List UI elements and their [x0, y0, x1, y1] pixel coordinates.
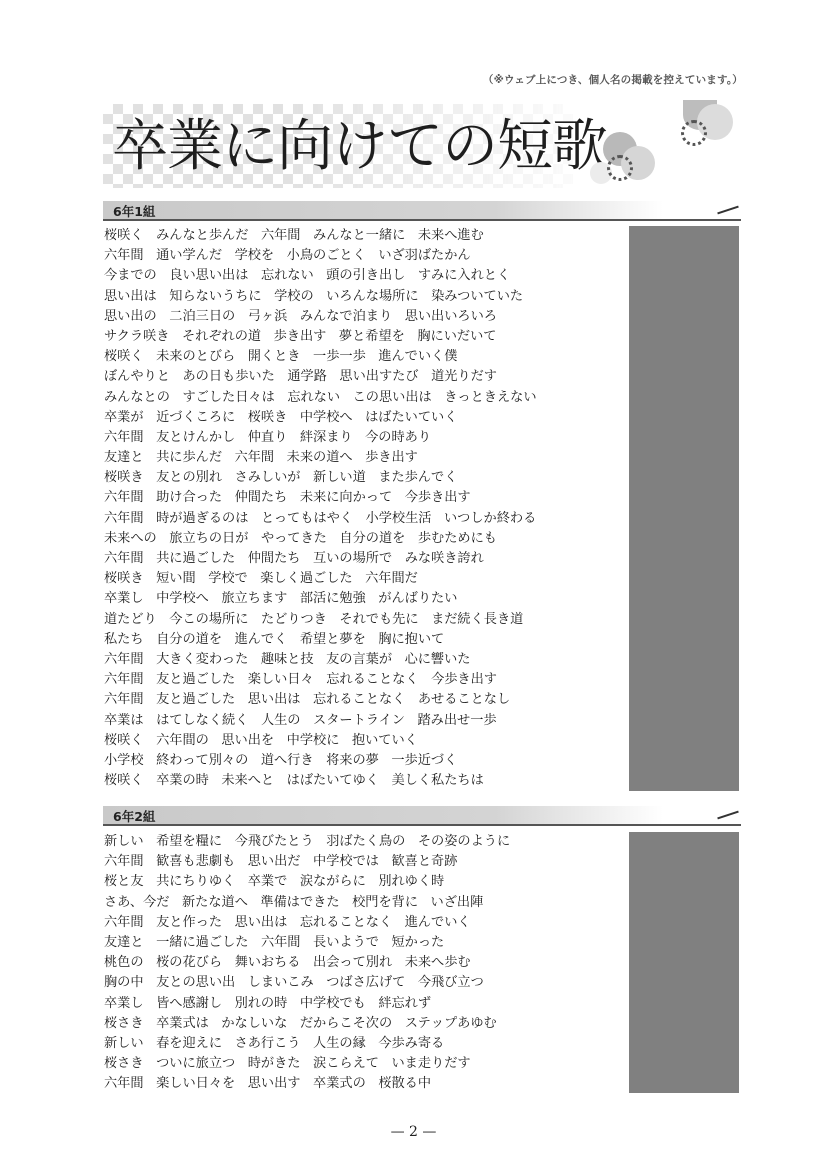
- tanka-phrase: 卒業式は: [156, 1016, 209, 1031]
- tanka-line: 六年間共に過ごした仲間たち互いの場所でみな咲き誇れ: [104, 549, 537, 569]
- tanka-phrase: 小学校: [104, 753, 144, 768]
- tanka-phrase: 友の言葉が: [326, 652, 392, 667]
- tanka-phrase: 六年間: [235, 450, 275, 465]
- tanka-phrase: 互いの場所で: [313, 551, 392, 566]
- tanka-phrase: いざ出陣: [431, 895, 484, 910]
- tanka-phrase: 今の時あり: [365, 430, 431, 445]
- tanka-phrase: 自分の道を: [156, 632, 222, 647]
- tanka-line: 卒業が近づくころに桜咲き中学校へはばたいていく: [104, 408, 537, 428]
- tanka-phrase: 友達と: [104, 450, 144, 465]
- tanka-phrase: 友達と: [104, 935, 144, 950]
- tanka-phrase: 今歩み寄る: [378, 1036, 444, 1051]
- tanka-phrase: 短い間: [156, 571, 196, 586]
- tanka-phrase: いざ羽ばたかん: [378, 248, 470, 263]
- tanka-phrase: 六年間: [104, 672, 144, 687]
- tanka-phrase: 涙こらえて: [313, 1056, 379, 1071]
- tanka-phrase: 短かった: [392, 935, 445, 950]
- tanka-phrase: 六年間: [104, 248, 144, 263]
- tanka-phrase: 忘れない: [261, 268, 314, 283]
- tanka-phrase: 未来に向かって: [300, 490, 392, 505]
- tanka-phrase: 思い出いろいろ: [405, 309, 497, 324]
- tanka-phrase: 抱いていく: [352, 733, 418, 748]
- tanka-phrase: 私たち: [104, 632, 144, 647]
- tanka-phrase: 桜咲く: [104, 228, 144, 243]
- tanka-phrase: 部活に勉強: [300, 591, 366, 606]
- tanka-line: 私たち自分の道を進んでく希望と夢を胸に抱いて: [104, 630, 537, 650]
- tanka-phrase: さあ行こう: [235, 1036, 301, 1051]
- tanka-phrase: さみしいが: [235, 470, 301, 485]
- class-2-poem-list: 新しい希望を糧に今飛びたとう羽ばたく鳥のその姿のように六年間歓喜も悲劇も思い出だ…: [104, 832, 510, 1094]
- tanka-phrase: 別れゆく時: [378, 874, 444, 889]
- tanka-phrase: 友との思い出: [156, 975, 235, 990]
- class-2-header: 6年2組: [103, 806, 741, 826]
- tanka-phrase: 学校を: [235, 248, 275, 263]
- tanka-phrase: 思い出は: [235, 915, 288, 930]
- tanka-phrase: 忘れない: [287, 390, 340, 405]
- tanka-phrase: 友との別れ: [156, 470, 222, 485]
- tanka-phrase: 桜咲き: [248, 410, 288, 425]
- tanka-phrase: 学校の: [274, 289, 314, 304]
- class-1-label: 6年1組: [113, 202, 155, 220]
- tanka-phrase: 思い出は: [248, 692, 301, 707]
- redacted-names-box: [629, 226, 739, 791]
- tanka-phrase: 卒業し: [104, 591, 144, 606]
- tanka-phrase: スタートライン: [313, 713, 405, 728]
- tanka-phrase: 知らないうちに: [169, 289, 261, 304]
- tanka-phrase: 助け合った: [156, 490, 222, 505]
- tanka-phrase: 桜さき: [104, 1056, 144, 1071]
- tanka-phrase: 仲直り: [248, 430, 288, 445]
- tanka-phrase: 終わって別々の: [156, 753, 248, 768]
- tanka-phrase: 桃色の: [104, 955, 144, 970]
- tanka-phrase: 春を迎えに: [156, 1036, 222, 1051]
- tanka-phrase: 小鳥のごとく: [287, 248, 366, 263]
- tanka-phrase: 一歩一歩: [313, 349, 366, 364]
- privacy-notice: （※ウェブ上につき、個人名の掲載を控えています。）: [483, 72, 743, 87]
- tanka-phrase: かなしいな: [221, 1016, 287, 1031]
- tanka-phrase: あの日も歩いた: [182, 369, 274, 384]
- tanka-line: 六年間友とけんかし仲直り絆深まり今の時あり: [104, 428, 537, 448]
- tanka-line: 桃色の桜の花びら舞いおちる出会って別れ未来へ歩む: [104, 953, 510, 973]
- tanka-phrase: みんなで泊まり: [300, 309, 392, 324]
- tanka-phrase: 桜咲く: [104, 773, 144, 788]
- tanka-phrase: はばたいてゆく: [287, 773, 379, 788]
- tanka-phrase: ついに旅立つ: [156, 1056, 235, 1071]
- tanka-phrase: また歩んでく: [378, 470, 457, 485]
- tanka-phrase: 六年間: [104, 430, 144, 445]
- tanka-phrase: 桜と友: [104, 874, 144, 889]
- tanka-phrase: 今歩き出す: [431, 672, 497, 687]
- tanka-line: 六年間友と過ごした楽しい日々忘れることなく今歩き出す: [104, 670, 537, 690]
- tanka-phrase: すみに入れとく: [418, 268, 510, 283]
- tanka-phrase: 進んでいく僕: [378, 349, 457, 364]
- tanka-phrase: 友と過ごした: [156, 692, 235, 707]
- tanka-phrase: それぞれの道: [182, 329, 261, 344]
- tanka-phrase: 忘れることなく: [300, 915, 392, 930]
- tanka-phrase: 小学校生活: [366, 511, 432, 526]
- tanka-phrase: 人生の縁: [313, 1036, 366, 1051]
- tanka-line: 未来への旅立ちの日がやってきた自分の道を歩むためにも: [104, 529, 537, 549]
- tanka-phrase: 卒業は: [104, 713, 144, 728]
- tanka-phrase: たどりつき: [261, 612, 327, 627]
- tanka-line: 桜咲き友との別れさみしいが新しい道また歩んでく: [104, 468, 537, 488]
- tanka-phrase: 楽しい日々: [248, 672, 314, 687]
- tanka-line: 六年間歓喜も悲劇も思い出だ中学校では歓喜と奇跡: [104, 852, 510, 872]
- tanka-phrase: 思い出す: [248, 1076, 301, 1091]
- decorative-slash-icon: [717, 811, 739, 820]
- tanka-line: 新しい希望を糧に今飛びたとう羽ばたく鳥のその姿のように: [104, 832, 510, 852]
- tanka-phrase: とってもはやく: [261, 511, 353, 526]
- tanka-phrase: この思い出は: [353, 390, 432, 405]
- tanka-phrase: 進んでく: [235, 632, 288, 647]
- tanka-line: 六年間助け合った仲間たち未来に向かって今歩き出す: [104, 488, 537, 508]
- tanka-phrase: 皆へ感謝し: [156, 996, 222, 1011]
- tanka-phrase: 思い出の: [104, 309, 157, 324]
- tanka-phrase: 準備はできた: [260, 895, 339, 910]
- tanka-phrase: 時が過ぎるのは: [156, 511, 248, 526]
- tanka-line: サクラ咲きそれぞれの道歩き出す夢と希望を胸にいだいて: [104, 327, 537, 347]
- tanka-line: 六年間友と作った思い出は忘れることなく進んでいく: [104, 913, 510, 933]
- tanka-phrase: 趣味と技: [261, 652, 314, 667]
- tanka-phrase: 中学校に: [287, 733, 340, 748]
- tanka-phrase: みんなと一緒に: [313, 228, 405, 243]
- tanka-line: 六年間楽しい日々を思い出す卒業式の桜散る中: [104, 1074, 510, 1094]
- tanka-phrase: その姿のように: [418, 834, 510, 849]
- tanka-phrase: 歓喜と奇跡: [392, 854, 458, 869]
- tanka-phrase: 校門を背に: [352, 895, 418, 910]
- tanka-phrase: はてしなく続く: [156, 713, 248, 728]
- tanka-line: 六年間友と過ごした思い出は忘れることなくあせることなし: [104, 690, 537, 710]
- tanka-phrase: いま走りだす: [392, 1056, 471, 1071]
- tanka-phrase: 思い出すたび: [339, 369, 418, 384]
- tanka-phrase: 中学校へ: [156, 591, 209, 606]
- tanka-phrase: 道たどり: [104, 612, 157, 627]
- tanka-phrase: 友と作った: [156, 915, 222, 930]
- tanka-phrase: 六年間: [104, 490, 144, 505]
- tanka-phrase: 羽ばたく鳥の: [326, 834, 405, 849]
- decorative-slash-icon: [717, 206, 739, 215]
- tanka-phrase: 共に歩んだ: [156, 450, 222, 465]
- tanka-phrase: 一歩近づく: [391, 753, 457, 768]
- tanka-phrase: 卒業し: [104, 996, 144, 1011]
- tanka-phrase: 六年間: [104, 652, 144, 667]
- tanka-phrase: つばさ広げて: [326, 975, 405, 990]
- tanka-phrase: がんばりたい: [378, 591, 457, 606]
- tanka-phrase: 頭の引き出し: [326, 268, 405, 283]
- tanka-phrase: 六年間: [261, 935, 301, 950]
- class-1-header: 6年1組: [103, 201, 741, 221]
- tanka-phrase: 中学校へ: [300, 410, 353, 425]
- tanka-phrase: 忘れることなく: [313, 692, 405, 707]
- page-title: 卒業に向けての短歌: [112, 112, 607, 182]
- tanka-phrase: 大きく変わった: [156, 652, 248, 667]
- tanka-phrase: 良い思い出は: [169, 268, 248, 283]
- tanka-line: 桜さきついに旅立つ時がきた涙こらえていま走りだす: [104, 1054, 510, 1074]
- tanka-phrase: さあ、今だ: [104, 895, 169, 910]
- tanka-line: 小学校終わって別々の道へ行き将来の夢一歩近づく: [104, 751, 537, 771]
- page-number: — 2 —: [0, 1124, 827, 1140]
- tanka-phrase: 六年間の: [156, 733, 209, 748]
- tanka-line: 桜と友共にちりゆく卒業で涙ながらに別れゆく時: [104, 872, 510, 892]
- tanka-phrase: すごした日々は: [182, 390, 274, 405]
- tanka-phrase: 今この場所に: [169, 612, 248, 627]
- tanka-phrase: 桜散る中: [378, 1076, 431, 1091]
- tanka-phrase: 絆深まり: [300, 430, 353, 445]
- redacted-names-box: [629, 832, 739, 1093]
- tanka-phrase: 中学校では: [313, 854, 379, 869]
- tanka-phrase: 開くとき: [248, 349, 301, 364]
- tanka-phrase: みんなと歩んだ: [156, 228, 248, 243]
- tanka-phrase: 絆忘れず: [378, 996, 431, 1011]
- tanka-phrase: ステップあゆむ: [405, 1016, 497, 1031]
- tanka-phrase: いつしか終わる: [444, 511, 536, 526]
- tanka-phrase: 新たな道へ: [182, 895, 248, 910]
- tanka-line: 六年間大きく変わった趣味と技友の言葉が心に響いた: [104, 650, 537, 670]
- tanka-phrase: 卒業式の: [313, 1076, 366, 1091]
- tanka-phrase: はばたいていく: [365, 410, 457, 425]
- tanka-phrase: 六年間: [104, 551, 144, 566]
- tanka-phrase: 卒業の時: [156, 773, 209, 788]
- tanka-phrase: 仲間たち: [248, 551, 301, 566]
- tanka-line: 今までの良い思い出は忘れない頭の引き出しすみに入れとく: [104, 266, 537, 286]
- tanka-phrase: 今歩き出す: [405, 490, 471, 505]
- tanka-phrase: 未来へと: [221, 773, 274, 788]
- tanka-phrase: 道光りだす: [431, 369, 497, 384]
- tanka-line: 卒業し皆へ感謝し別れの時中学校でも絆忘れず: [104, 994, 510, 1014]
- tanka-phrase: 弓ヶ浜: [248, 309, 288, 324]
- tanka-phrase: 未来へ進む: [418, 228, 484, 243]
- tanka-phrase: みんなとの: [104, 390, 170, 405]
- tanka-phrase: 夢と希望を: [339, 329, 405, 344]
- tanka-line: 卒業ははてしなく続く人生のスタートライン踏み出せ一歩: [104, 711, 537, 731]
- tanka-line: 桜咲く未来のとびら開くとき一歩一歩進んでいく僕: [104, 347, 537, 367]
- tanka-phrase: 歓喜も悲劇も: [156, 854, 235, 869]
- tanka-phrase: 中学校でも: [300, 996, 366, 1011]
- tanka-line: ぼんやりとあの日も歩いた通学路思い出すたび道光りだす: [104, 367, 537, 387]
- tanka-line: 思い出の二泊三日の弓ヶ浜みんなで泊まり思い出いろいろ: [104, 307, 537, 327]
- tanka-phrase: 桜咲く: [104, 349, 144, 364]
- tanka-phrase: 未来のとびら: [156, 349, 235, 364]
- tanka-phrase: 美しく私たちは: [392, 773, 484, 788]
- tanka-phrase: 今飛びたとう: [235, 834, 314, 849]
- tanka-phrase: 通い学んだ: [156, 248, 222, 263]
- tanka-phrase: 時がきた: [248, 1056, 301, 1071]
- tanka-phrase: 胸に抱いて: [378, 632, 444, 647]
- tanka-phrase: 六年間: [104, 511, 144, 526]
- tanka-phrase: 歩き出す: [365, 450, 418, 465]
- tanka-phrase: 忘れることなく: [326, 672, 418, 687]
- tanka-phrase: 歩き出す: [274, 329, 327, 344]
- tanka-phrase: 思い出は: [104, 289, 157, 304]
- tanka-phrase: 二泊三日の: [169, 309, 235, 324]
- tanka-phrase: 桜咲く: [104, 733, 144, 748]
- tanka-phrase: 桜の花びら: [156, 955, 222, 970]
- tanka-line: 新しい春を迎えにさあ行こう人生の縁今歩み寄る: [104, 1034, 510, 1054]
- tanka-phrase: 新しい道: [313, 470, 366, 485]
- tanka-phrase: 共に過ごした: [156, 551, 235, 566]
- tanka-phrase: 今飛び立つ: [418, 975, 484, 990]
- tanka-phrase: 一緒に過ごした: [156, 935, 248, 950]
- tanka-phrase: 道へ行き: [261, 753, 314, 768]
- tanka-line: 友達と一緒に過ごした六年間長いようで短かった: [104, 933, 510, 953]
- tanka-line: 思い出は知らないうちに学校のいろんな場所に染みついていた: [104, 287, 537, 307]
- tanka-phrase: 舞いおちる: [235, 955, 301, 970]
- tanka-phrase: 今までの: [104, 268, 157, 283]
- tanka-phrase: だからこそ次の: [300, 1016, 392, 1031]
- tanka-line: さあ、今だ新たな道へ準備はできた校門を背にいざ出陣: [104, 893, 510, 913]
- tanka-line: 胸の中友との思い出しまいこみつばさ広げて今飛び立つ: [104, 973, 510, 993]
- tanka-phrase: いろんな場所に: [326, 289, 418, 304]
- tanka-phrase: 共にちりゆく: [156, 874, 235, 889]
- tanka-phrase: しまいこみ: [248, 975, 314, 990]
- class-1-poem-list: 桜咲くみんなと歩んだ六年間みんなと一緒に未来へ進む六年間通い学んだ学校を小鳥のご…: [104, 226, 537, 791]
- tanka-phrase: やってきた: [261, 531, 327, 546]
- tanka-phrase: 涙ながらに: [300, 874, 366, 889]
- tanka-line: 六年間通い学んだ学校を小鳥のごとくいざ羽ばたかん: [104, 246, 537, 266]
- tanka-line: 道たどり今この場所にたどりつきそれでも先にまだ続く長き道: [104, 610, 537, 630]
- tanka-phrase: 踏み出せ一歩: [417, 713, 496, 728]
- tanka-phrase: 六年間: [104, 915, 144, 930]
- tanka-phrase: 六年間: [104, 854, 144, 869]
- tanka-phrase: あせることなし: [418, 692, 510, 707]
- tanka-phrase: 心に響いた: [405, 652, 471, 667]
- tanka-phrase: 通学路: [287, 369, 327, 384]
- tanka-phrase: 六年間だ: [365, 571, 418, 586]
- tanka-phrase: サクラ咲き: [104, 329, 169, 344]
- tanka-phrase: ぼんやりと: [104, 369, 170, 384]
- tanka-phrase: 卒業が: [104, 410, 144, 425]
- tanka-phrase: 別れの時: [235, 996, 288, 1011]
- tanka-phrase: それでも先に: [339, 612, 418, 627]
- tanka-phrase: 未来へ歩む: [405, 955, 471, 970]
- tanka-phrase: 希望と夢を: [300, 632, 366, 647]
- flower-circles-icon: [585, 100, 745, 190]
- tanka-phrase: 人生の: [261, 713, 301, 728]
- tanka-phrase: 友とけんかし: [156, 430, 235, 445]
- tanka-phrase: 新しい: [104, 834, 144, 849]
- tanka-phrase: 胸の中: [104, 975, 144, 990]
- tanka-line: 六年間時が過ぎるのはとってもはやく小学校生活いつしか終わる: [104, 509, 537, 529]
- class-2-label: 6年2組: [113, 807, 155, 825]
- tanka-phrase: 仲間たち: [235, 490, 288, 505]
- tanka-line: 桜咲く六年間の思い出を中学校に抱いていく: [104, 731, 537, 751]
- tanka-phrase: 桜さき: [104, 1016, 144, 1031]
- tanka-phrase: まだ続く長き道: [431, 612, 523, 627]
- tanka-phrase: 未来への: [104, 531, 157, 546]
- tanka-phrase: 六年間: [104, 692, 144, 707]
- tanka-phrase: 歩むためにも: [418, 531, 497, 546]
- tanka-phrase: 楽しく過ごした: [260, 571, 352, 586]
- tanka-line: 桜咲くみんなと歩んだ六年間みんなと一緒に未来へ進む: [104, 226, 537, 246]
- tanka-phrase: 楽しい日々を: [156, 1076, 235, 1091]
- tanka-line: 桜さき卒業式はかなしいなだからこそ次のステップあゆむ: [104, 1014, 510, 1034]
- tanka-phrase: 六年間: [104, 1076, 144, 1091]
- tanka-phrase: 思い出を: [221, 733, 274, 748]
- tanka-phrase: 未来の道へ: [287, 450, 353, 465]
- tanka-phrase: 新しい: [104, 1036, 144, 1051]
- tanka-phrase: 染みついていた: [431, 289, 523, 304]
- tanka-line: みんなとのすごした日々は忘れないこの思い出はきっときえない: [104, 388, 537, 408]
- tanka-phrase: 希望を糧に: [156, 834, 222, 849]
- tanka-phrase: 学校で: [208, 571, 248, 586]
- tanka-phrase: 思い出だ: [248, 854, 301, 869]
- tanka-phrase: 桜咲き: [104, 470, 144, 485]
- tanka-phrase: 自分の道を: [339, 531, 405, 546]
- tanka-phrase: みな咲き誇れ: [405, 551, 484, 566]
- tanka-phrase: 旅立ちます: [221, 591, 287, 606]
- tanka-phrase: 胸にいだいて: [417, 329, 496, 344]
- tanka-line: 桜咲く卒業の時未来へとはばたいてゆく美しく私たちは: [104, 771, 537, 791]
- tanka-phrase: 進んでいく: [405, 915, 471, 930]
- tanka-phrase: 将来の夢: [326, 753, 379, 768]
- tanka-phrase: 出会って別れ: [313, 955, 392, 970]
- tanka-phrase: 桜咲き: [104, 571, 144, 586]
- tanka-line: 友達と共に歩んだ六年間未来の道へ歩き出す: [104, 448, 537, 468]
- tanka-phrase: 旅立ちの日が: [169, 531, 248, 546]
- tanka-phrase: 六年間: [261, 228, 301, 243]
- tanka-phrase: 近づくころに: [156, 410, 235, 425]
- tanka-phrase: 卒業で: [248, 874, 288, 889]
- tanka-line: 桜咲き短い間学校で楽しく過ごした六年間だ: [104, 569, 537, 589]
- tanka-phrase: 友と過ごした: [156, 672, 235, 687]
- tanka-phrase: 長いようで: [313, 935, 379, 950]
- tanka-line: 卒業し中学校へ旅立ちます部活に勉強がんばりたい: [104, 589, 537, 609]
- tanka-phrase: きっときえない: [444, 390, 536, 405]
